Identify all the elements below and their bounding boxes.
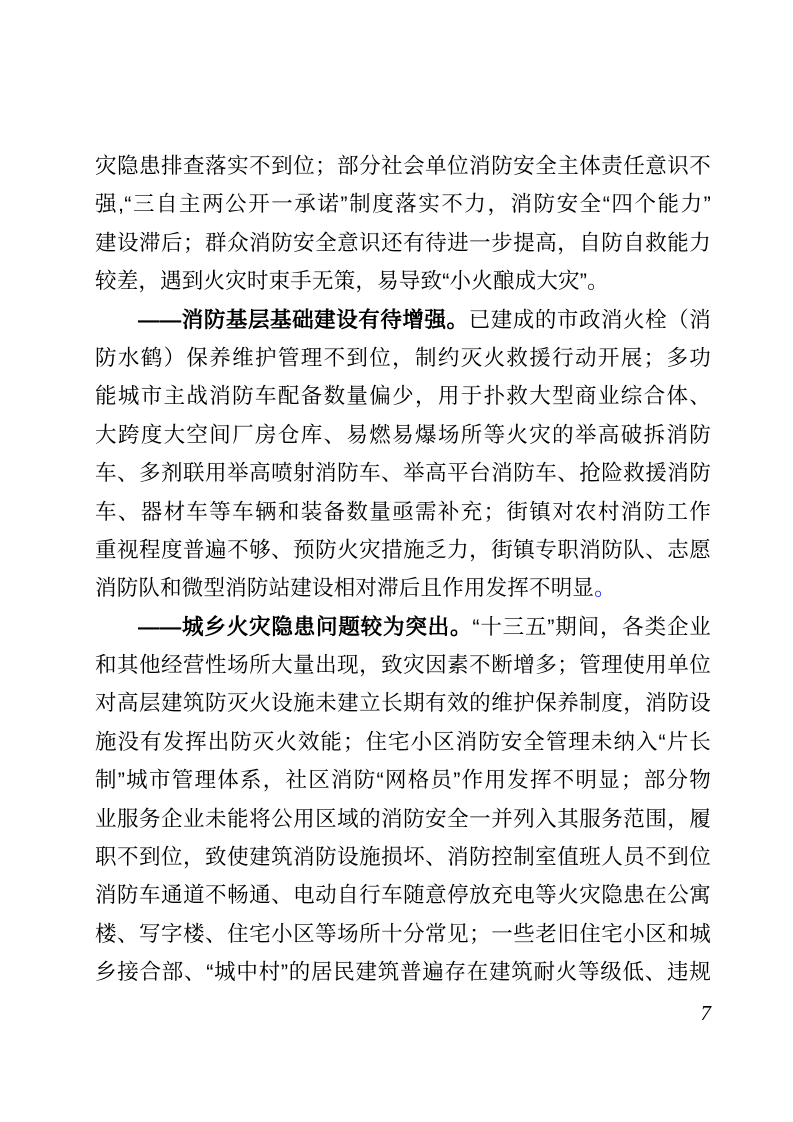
paragraph-text: “十三五”期间，各类企业 <box>472 615 711 639</box>
text-line: 车、多剂联用举高喷射消防车、举高平台消防车、抢险救援消防 <box>95 454 711 492</box>
paragraph-text: 和其他经营性场所大量出现，致灾因素不断增多；管理使用单位 <box>95 653 711 677</box>
text-line: 灾隐患排查落实不到位；部分社会单位消防安全主体责任意识不 <box>95 147 711 185</box>
text-line: 建设滞后；群众消防安全意识还有待进一步提高，自防自救能力 <box>95 224 711 262</box>
paragraph-text: 职不到位，致使建筑消防设施损坏、消防控制室值班人员不到位 <box>95 845 711 869</box>
paragraph-text: 对高层建筑防灭火设施未建立长期有效的维护保养制度，消防设 <box>95 691 711 715</box>
text-line: 业服务企业未能将公用区域的消防安全一并列入其服务范围，履 <box>95 800 711 838</box>
paragraph-text: 车、器材车等车辆和装备数量亟需补充；街镇对农村消防工作 <box>95 500 711 524</box>
paragraph-text: 制”城市管理体系，社区消防“网格员”作用发挥不明显；部分物 <box>95 768 711 792</box>
paragraph-text: 车、多剂联用举高喷射消防车、举高平台消防车、抢险救援消防 <box>95 461 711 485</box>
text-line: 消防队和微型消防站建设相对滞后且作用发挥不明显。 <box>95 569 711 607</box>
page-number: 7 <box>95 998 711 1028</box>
paragraph-text: 强,“三自主两公开一承诺”制度落实不力，消防安全“四个能力” <box>95 192 711 216</box>
paragraph-text: 较差，遇到火灾时束手无策，易导致“小火酿成大灾”。 <box>95 269 609 293</box>
paragraph-text: 已建成的市政消火栓（消 <box>469 308 711 332</box>
text-line: 施没有发挥出防灭火效能；住宅小区消防安全管理未纳入“片长 <box>95 723 711 761</box>
paragraph-text: 。 <box>594 576 616 600</box>
text-line: 重视程度普遍不够、预防火灾措施乏力，街镇专职消防队、志愿 <box>95 531 711 569</box>
paragraph-text: 能城市主战消防车配备数量偏少，用于扑救大型商业综合体、 <box>95 384 711 408</box>
paragraph-text: 建设滞后；群众消防安全意识还有待进一步提高，自防自救能力 <box>95 231 711 255</box>
paragraph-text: 大跨度大空间厂房仓库、易燃易爆场所等火灾的举高破拆消防 <box>95 423 711 447</box>
text-line: 消防车通道不畅通、电动自行车随意停放充电等火灾隐患在公寓 <box>95 876 711 914</box>
text-line: 制”城市管理体系，社区消防“网格员”作用发挥不明显；部分物 <box>95 761 711 799</box>
text-line: 楼、写字楼、住宅小区等场所十分常见；一些老旧住宅小区和城 <box>95 915 711 953</box>
paragraph-text: 灾隐患排查落实不到位；部分社会单位消防安全主体责任意识不 <box>95 154 711 178</box>
text-block: 灾隐患排查落实不到位；部分社会单位消防安全主体责任意识不强,“三自主两公开一承诺… <box>95 147 711 992</box>
paragraph-lead-bold-text: ——城乡火灾隐患问题较为突出。 <box>138 615 472 639</box>
text-line: 对高层建筑防灭火设施未建立长期有效的维护保养制度，消防设 <box>95 684 711 722</box>
text-line: 职不到位，致使建筑消防设施损坏、消防控制室值班人员不到位 <box>95 838 711 876</box>
text-line: 能城市主战消防车配备数量偏少，用于扑救大型商业综合体、 <box>95 377 711 415</box>
text-line: ——城乡火灾隐患问题较为突出。“十三五”期间，各类企业 <box>95 608 711 646</box>
document-page: 灾隐患排查落实不到位；部分社会单位消防安全主体责任意识不强,“三自主两公开一承诺… <box>0 0 793 1122</box>
paragraph-text: 重视程度普遍不够、预防火灾措施乏力，街镇专职消防队、志愿 <box>95 538 711 562</box>
text-line: 较差，遇到火灾时束手无策，易导致“小火酿成大灾”。 <box>95 262 711 300</box>
text-line: 强,“三自主两公开一承诺”制度落实不力，消防安全“四个能力” <box>95 185 711 223</box>
text-line: ——消防基层基础建设有待增强。已建成的市政消火栓（消 <box>95 301 711 339</box>
paragraph-text: 消防队和微型消防站建设相对滞后且作用发挥不明显 <box>95 576 594 600</box>
paragraph-text: 业服务企业未能将公用区域的消防安全一并列入其服务范围，履 <box>95 807 711 831</box>
paragraph-text: 防水鹤）保养维护管理不到位，制约灭火救援行动开展；多功 <box>95 346 711 370</box>
paragraph-text: 乡接合部、“城中村”的居民建筑普遍存在建筑耐火等级低、违规 <box>95 960 711 984</box>
text-line: 和其他经营性场所大量出现，致灾因素不断增多；管理使用单位 <box>95 646 711 684</box>
text-line: 大跨度大空间厂房仓库、易燃易爆场所等火灾的举高破拆消防 <box>95 416 711 454</box>
paragraph-lead-bold-text: ——消防基层基础建设有待增强。 <box>138 308 469 332</box>
text-line: 车、器材车等车辆和装备数量亟需补充；街镇对农村消防工作 <box>95 493 711 531</box>
paragraph-text: 消防车通道不畅通、电动自行车随意停放充电等火灾隐患在公寓 <box>95 883 711 907</box>
paragraph-text: 施没有发挥出防灭火效能；住宅小区消防安全管理未纳入“片长 <box>95 730 711 754</box>
text-line: 防水鹤）保养维护管理不到位，制约灭火救援行动开展；多功 <box>95 339 711 377</box>
paragraph-text: 楼、写字楼、住宅小区等场所十分常见；一些老旧住宅小区和城 <box>95 922 711 946</box>
text-line: 乡接合部、“城中村”的居民建筑普遍存在建筑耐火等级低、违规 <box>95 953 711 991</box>
